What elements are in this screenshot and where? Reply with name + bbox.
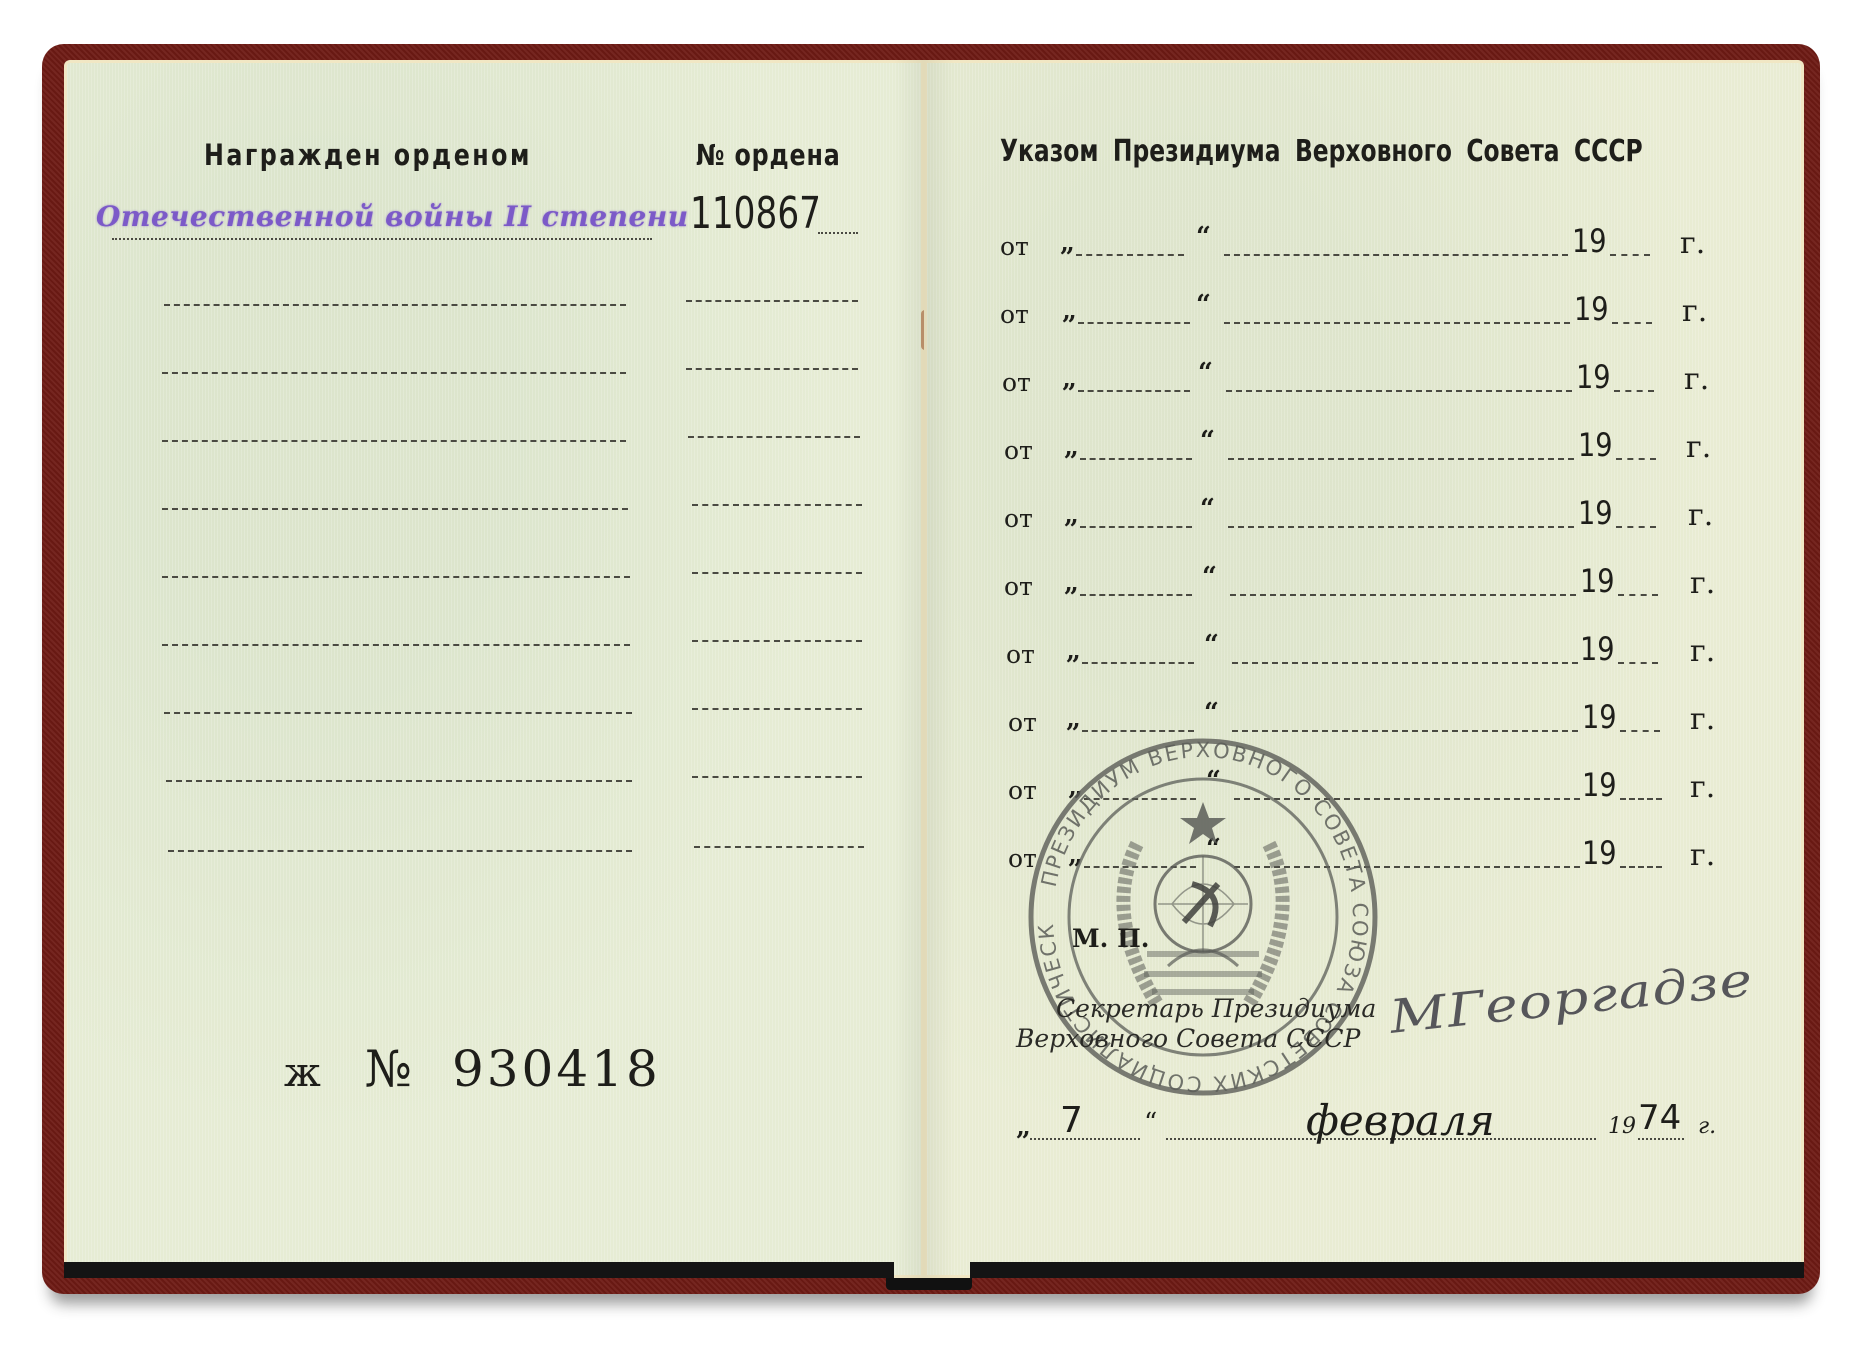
year-suffix: г.: [1690, 770, 1715, 805]
date-close-quote: “: [1144, 1108, 1157, 1138]
year-century: 19: [1582, 834, 1617, 872]
secretary-title-line2: Верховного Совета СССР: [1016, 1024, 1360, 1054]
decree-row-prefix: от: [1004, 572, 1033, 601]
year-century: 19: [1580, 562, 1615, 600]
decree-row-prefix: от: [1008, 776, 1037, 805]
order-number: 110867: [690, 188, 821, 239]
day-blank: [1082, 730, 1194, 732]
month-blank: [1234, 798, 1580, 800]
year-century: 19: [1578, 494, 1613, 532]
seal-place-label: М. П.: [1072, 924, 1149, 953]
close-quote: “: [1198, 358, 1213, 388]
close-quote: “: [1196, 290, 1211, 320]
order-number-blank-line: [694, 846, 864, 848]
day-blank: [1078, 390, 1190, 392]
open-quote: „: [1062, 364, 1077, 394]
year-century: 19: [1576, 358, 1611, 396]
order-number-blank-line: [692, 572, 862, 574]
open-quote: „: [1068, 772, 1083, 802]
close-quote: “: [1206, 766, 1221, 796]
month-blank: [1228, 526, 1574, 528]
close-quote: “: [1200, 426, 1215, 456]
open-quote: „: [1066, 636, 1081, 666]
month-blank: [1228, 458, 1574, 460]
open-quote: „: [1068, 840, 1083, 870]
year-century: 19: [1572, 222, 1607, 260]
date-year-line: [1638, 1138, 1684, 1140]
order-number-blank-line: [688, 436, 860, 438]
year-century: 19: [1582, 766, 1617, 804]
award-blank-line: [164, 712, 632, 714]
decree-row-prefix: от: [1000, 232, 1029, 261]
year-blank: [1620, 866, 1662, 868]
year-century: 19: [1574, 290, 1609, 328]
serial-prefix: Ж: [284, 1050, 324, 1096]
month-blank: [1226, 390, 1572, 392]
day-blank: [1080, 594, 1192, 596]
open-quote: „: [1062, 296, 1077, 326]
serial-number: Ж № 930418: [284, 1040, 661, 1098]
close-quote: “: [1200, 494, 1215, 524]
open-quote: „: [1060, 228, 1075, 258]
month-blank: [1224, 322, 1570, 324]
year-century: 19: [1578, 426, 1613, 464]
date-year-prefix: 19: [1608, 1114, 1636, 1139]
decree-row-prefix: от: [1004, 436, 1033, 465]
decree-row-prefix: от: [1002, 368, 1031, 397]
day-blank: [1082, 662, 1194, 664]
month-blank: [1224, 254, 1568, 256]
year-century: 19: [1582, 698, 1617, 736]
order-number-heading: № ордена: [696, 138, 841, 172]
year-suffix: г.: [1682, 294, 1707, 329]
day-blank: [1076, 254, 1184, 256]
open-quote: „: [1064, 500, 1079, 530]
order-number-blank-line: [686, 368, 858, 370]
order-number-blank-line: [692, 776, 862, 778]
award-line: [112, 238, 652, 240]
order-number-blank-line: [692, 640, 862, 642]
year-suffix: г.: [1684, 362, 1709, 397]
secretary-title-line1: Секретарь Президиума: [1056, 994, 1376, 1024]
year-blank: [1610, 254, 1650, 256]
order-number-blank-line: [692, 708, 862, 710]
year-blank: [1616, 458, 1656, 460]
order-number-line: [818, 232, 858, 234]
year-suffix: г.: [1690, 838, 1715, 873]
close-quote: “: [1206, 834, 1221, 864]
close-quote: “: [1204, 698, 1219, 728]
award-blank-line: [168, 850, 632, 852]
order-number-blank-line: [686, 300, 858, 302]
date-day-line: [1030, 1138, 1140, 1140]
decree-row-prefix: от: [1008, 844, 1037, 873]
year-blank: [1618, 662, 1658, 664]
decree-row-prefix: от: [1006, 640, 1035, 669]
award-blank-line: [162, 440, 626, 442]
month-blank: [1232, 662, 1578, 664]
award-blank-line: [164, 304, 626, 306]
order-number-blank-line: [692, 504, 862, 506]
open-quote: „: [1066, 704, 1081, 734]
year-suffix: г.: [1690, 702, 1715, 737]
month-blank: [1234, 866, 1580, 868]
awarded-heading: Награжден орденом: [204, 138, 532, 172]
serial-digits: 930418: [452, 1040, 661, 1098]
year-blank: [1620, 730, 1660, 732]
close-quote: “: [1202, 562, 1217, 592]
year-blank: [1618, 594, 1658, 596]
right-page-edge: [970, 1262, 1804, 1278]
day-blank: [1084, 866, 1196, 868]
year-suffix: г.: [1686, 430, 1711, 465]
open-quote: „: [1064, 432, 1079, 462]
open-quote: „: [1064, 568, 1079, 598]
year-suffix: г.: [1688, 498, 1713, 533]
award-stamp: Отечественной войны II степени: [96, 200, 689, 233]
month-blank: [1232, 730, 1578, 732]
year-blank: [1620, 798, 1662, 800]
decree-row-prefix: от: [1000, 300, 1029, 329]
day-blank: [1078, 322, 1190, 324]
day-blank: [1084, 798, 1196, 800]
year-suffix: г.: [1690, 634, 1715, 669]
date-open-quote: „: [1016, 1112, 1031, 1142]
date-suffix: г.: [1698, 1114, 1716, 1139]
year-blank: [1612, 322, 1652, 324]
serial-no-sign: №: [365, 1040, 415, 1098]
day-blank: [1080, 458, 1192, 460]
award-blank-line: [162, 644, 630, 646]
year-century: 19: [1580, 630, 1615, 668]
year-blank: [1614, 390, 1654, 392]
left-page-edge: [64, 1262, 894, 1278]
award-blank-line: [162, 508, 628, 510]
award-blank-line: [162, 576, 630, 578]
year-blank: [1616, 526, 1656, 528]
year-suffix: г.: [1690, 566, 1715, 601]
date-year: 74: [1638, 1098, 1681, 1138]
award-blank-line: [166, 780, 632, 782]
close-quote: “: [1196, 222, 1211, 252]
date-month: февраля: [1306, 1096, 1495, 1145]
day-blank: [1080, 526, 1192, 528]
month-blank: [1230, 594, 1576, 596]
decree-row-prefix: от: [1008, 708, 1037, 737]
year-suffix: г.: [1680, 226, 1705, 261]
date-day: 7: [1060, 1100, 1083, 1141]
close-quote: “: [1204, 630, 1219, 660]
decree-heading: Указом Президиума Верховного Совета СССР: [1000, 134, 1643, 169]
decree-row-prefix: от: [1004, 504, 1033, 533]
award-blank-line: [162, 372, 626, 374]
